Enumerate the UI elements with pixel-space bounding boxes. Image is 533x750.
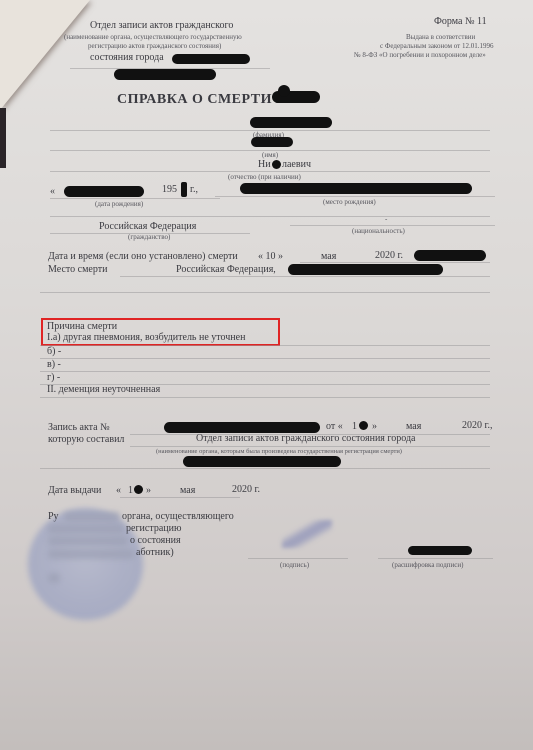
org-line-1: Отдел записи актов гражданского [90, 20, 233, 31]
signatory-line-1: органа, осуществляющего [122, 511, 234, 522]
cause-item-1a: I.а) другая пневмония, возбудитель не ут… [47, 332, 245, 343]
record-day-prefix: 1 [352, 421, 357, 432]
citizenship: Российская Федерация [99, 221, 196, 232]
folded-corner [0, 0, 90, 110]
blurred-text [48, 536, 128, 546]
issued-line-3: № 8-ФЗ «О погребении и похоронном деле» [354, 51, 486, 59]
redaction-name [251, 137, 293, 147]
redaction-birth-place [240, 183, 472, 194]
signatory-line-4: аботник) [136, 547, 174, 558]
rule [40, 397, 490, 398]
record-compiled-label: которую составил [48, 434, 124, 445]
rule [40, 292, 490, 293]
redaction-death-time [414, 250, 486, 261]
blurred-text [48, 549, 134, 559]
patronymic-caption: (отчество (при наличии) [228, 173, 301, 181]
citizenship-caption: (гражданство) [128, 233, 170, 241]
nationality: - [385, 215, 387, 223]
redaction-birth-date [64, 186, 144, 197]
death-day: « 10 » [258, 251, 283, 262]
birth-year: 195 [162, 184, 177, 195]
cause-item-b: б) - [47, 346, 61, 357]
issue-day-prefix: 1 [128, 485, 133, 496]
cause-item-g: г) - [47, 372, 60, 383]
blurred-text [48, 524, 124, 534]
rule [215, 196, 495, 197]
redaction-patronymic [272, 160, 281, 169]
redaction-death-place [288, 264, 443, 275]
record-day-close: » [372, 421, 377, 432]
redaction-surname [250, 117, 332, 128]
rule [248, 558, 348, 559]
org-caption-2: регистрацию актов гражданского состояния… [88, 42, 221, 50]
issued-line-1: Выдана в соответствии [406, 33, 475, 41]
name-caption: (имя) [262, 151, 278, 159]
redaction-record-number [164, 422, 320, 433]
issue-month: мая [180, 485, 195, 496]
signature-caption: (подпись) [280, 561, 309, 569]
redaction-issue-day [134, 485, 143, 494]
rule [50, 198, 220, 199]
rule [40, 371, 490, 372]
birth-place-caption: (место рождения) [323, 198, 376, 206]
issue-year: 2020 г. [232, 484, 260, 495]
rule [290, 225, 495, 226]
death-place-value: Российская Федерация, [176, 264, 276, 275]
issue-close: » [146, 485, 151, 496]
cause-item-ii: II. деменция неуточненная [47, 384, 160, 395]
rule [378, 558, 493, 559]
issue-label: Дата выдачи [48, 485, 101, 496]
document-title: СПРАВКА О СМЕРТИ № [117, 92, 291, 108]
birth-date-caption: (дата рождения) [95, 200, 143, 208]
record-from: от « [326, 421, 343, 432]
rule [40, 345, 490, 346]
rule [120, 276, 490, 277]
birth-open-quote: « [50, 186, 55, 197]
record-month: мая [406, 421, 421, 432]
signatory-line-3: о состояния [130, 535, 181, 546]
record-compiled-value: Отдел записи актов гражданского состояни… [196, 433, 416, 444]
rule [130, 446, 490, 447]
cause-label: Причина смерти [47, 321, 117, 332]
org-caption-1: (наименование органа, осуществляющего го… [64, 33, 242, 41]
document-page: Отдел записи актов гражданского (наимено… [0, 0, 533, 750]
record-label: Запись акта № [48, 422, 110, 433]
rule [120, 497, 240, 498]
redaction-org [114, 69, 216, 80]
rule [40, 468, 490, 469]
rule [40, 358, 490, 359]
birth-year-suffix: г., [190, 184, 198, 195]
redaction-city [172, 54, 250, 64]
signatory-line-2: регистрацию [126, 523, 181, 534]
death-month: мая [321, 251, 336, 262]
redaction-signatory-name [408, 546, 472, 555]
cause-item-v: в) - [47, 359, 61, 370]
rule [50, 216, 490, 217]
death-place-label: Место смерти [48, 264, 107, 275]
record-year: 2020 г., [462, 420, 492, 431]
redaction-record-org [183, 456, 341, 467]
blurred-text [64, 512, 120, 522]
rule [70, 68, 270, 69]
org-line-2: состояния города [90, 52, 164, 63]
issued-line-2: с Федеральным законом от 12.01.1996 [380, 42, 493, 50]
record-compiled-caption: (наименование органа, которым была произ… [156, 448, 402, 455]
issue-open: « [116, 485, 121, 496]
rule [50, 171, 490, 172]
blurred-text [48, 573, 60, 583]
nationality-caption: (национальность) [352, 227, 405, 235]
redaction-birth-year [181, 182, 187, 197]
patronymic-prefix: Ни [258, 159, 271, 170]
death-year: 2020 г. [375, 250, 403, 261]
decode-caption: (расшифровка подписи) [392, 561, 463, 569]
rule [300, 262, 490, 263]
page-edge-shadow [0, 108, 6, 168]
form-number: Форма № 11 [434, 16, 487, 27]
signatory-line-1-start: Ру [48, 511, 59, 522]
redaction-number-dot [278, 85, 290, 97]
death-datetime-label: Дата и время (если оно установлено) смер… [48, 251, 238, 262]
redaction-record-day [359, 421, 368, 430]
patronymic-suffix: лаевич [282, 159, 311, 170]
signature [282, 520, 332, 548]
